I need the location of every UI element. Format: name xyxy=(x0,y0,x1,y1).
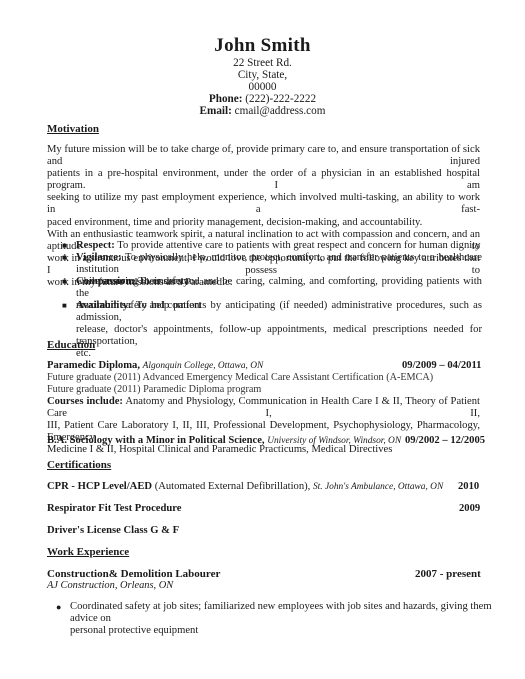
attribute-label: Vigilance: xyxy=(76,252,122,263)
email-value: cmail@address.com xyxy=(235,105,326,117)
courses-label: Courses include: xyxy=(47,396,123,407)
text-line: seeking to utilize my past employment ex… xyxy=(47,192,480,216)
degree-title: B.A. Sociology with a Minor in Political… xyxy=(47,435,265,446)
email-label: Email: xyxy=(200,105,232,117)
square-bullet-icon: ■ xyxy=(62,240,67,252)
education-dates: 09/2002 – 12/2005 xyxy=(405,435,485,447)
resume-page: John Smith 22 Street Rd. City, State, 00… xyxy=(0,0,525,679)
certification-issuer: St. John's Ambulance, Ottawa, ON xyxy=(313,482,443,492)
square-bullet-icon: ■ xyxy=(62,252,67,264)
degree-title: Paramedic Diploma, xyxy=(47,360,140,371)
phone-label: Phone: xyxy=(209,93,243,105)
certification-detail: (Automated External Defibrillation), xyxy=(155,481,311,492)
certification-title: CPR - HCP Level/AED xyxy=(47,481,152,492)
attribute-text: etc. xyxy=(76,348,482,360)
square-bullet-icon: ■ xyxy=(62,300,67,312)
job-title: Construction& Demolition Labourer xyxy=(47,568,220,580)
certification-title: Respirator Fit Test Procedure xyxy=(47,503,181,515)
attribute-label: Compassion: xyxy=(76,276,135,287)
text-line: patients in a pre-hospital environment, … xyxy=(47,168,480,192)
certification-year: 2009 xyxy=(459,503,480,515)
round-bullet-icon: ● xyxy=(56,601,61,613)
attribute-text: To provide attentive care to patients wi… xyxy=(117,240,480,251)
text-line: My future mission will be to take charge… xyxy=(47,144,480,168)
institution: Algonquin College, Ottawa, ON xyxy=(143,361,264,371)
education-entry-ba: B.A. Sociology with a Minor in Political… xyxy=(47,435,401,447)
section-heading-certifications: Certifications xyxy=(47,459,111,471)
email-line: Email: cmail@address.com xyxy=(0,105,525,117)
job-bullet-text: personal protective equipment xyxy=(70,625,496,637)
text-line: paced environment, time and priority man… xyxy=(47,217,480,229)
certification-year: 2010 xyxy=(458,481,479,493)
certification-item: CPR - HCP Level/AED (Automated External … xyxy=(47,481,443,493)
attribute-text: To understand and be caring, calming, an… xyxy=(76,276,482,299)
courses-block: Courses include: Anatomy and Physiology,… xyxy=(47,396,480,456)
phone-line: Phone: (222)-222-2222 xyxy=(0,93,525,105)
certification-title: Driver's License Class G & F xyxy=(47,525,179,537)
education-note: Future graduate (2011) Paramedic Diploma… xyxy=(47,384,261,396)
attribute-label: Respect: xyxy=(76,240,115,251)
education-note: Future graduate (2011) Advanced Emergenc… xyxy=(47,372,433,384)
education-dates: 09/2009 – 04/2011 xyxy=(402,360,481,372)
section-heading-work-experience: Work Experience xyxy=(47,546,129,558)
attribute-text: To help patients by anticipating (if nee… xyxy=(76,300,482,323)
attribute-text: release, doctor's appointments, follow-u… xyxy=(76,324,482,348)
job-company: AJ Construction, Orleans, ON xyxy=(47,580,173,592)
section-heading-motivation: Motivation xyxy=(47,123,99,135)
address-line-3: 00000 xyxy=(0,81,525,93)
phone-value: (222)-222-2222 xyxy=(245,93,316,105)
applicant-name: John Smith xyxy=(0,35,525,57)
section-heading-education: Education xyxy=(47,339,95,351)
square-bullet-icon: ■ xyxy=(62,276,67,288)
address-line-2: City, State, xyxy=(0,69,525,81)
institution: University of Windsor, Windsor, ON xyxy=(267,436,401,446)
job-bullet-text: Coordinated safety at job sites; familia… xyxy=(70,601,496,625)
attribute-text: To physically help, monitor, protect, co… xyxy=(76,252,482,275)
address-line-1: 22 Street Rd. xyxy=(0,57,525,69)
job-dates: 2007 - present xyxy=(415,568,481,580)
education-entry-paramedic: Paramedic Diploma, Algonquin College, Ot… xyxy=(47,360,263,372)
attribute-label: Availability: xyxy=(76,300,132,311)
